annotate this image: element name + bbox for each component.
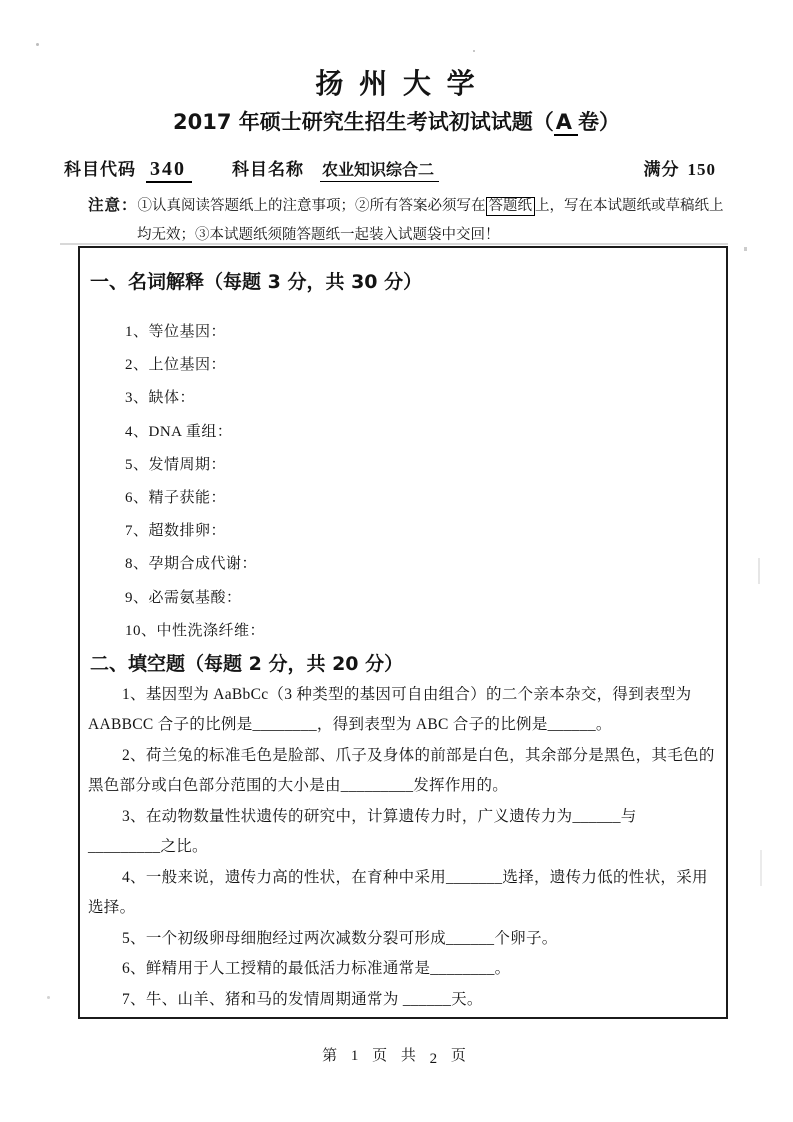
- term-item-7: 7、超数排卵：: [125, 515, 716, 548]
- notice-line2: 均无效；③本试题纸须随答题纸一起装入试题袋中交回！: [137, 225, 738, 245]
- exam-paper-variant: A: [554, 110, 578, 136]
- question-line: 选择。: [88, 899, 135, 916]
- scan-artifact: [473, 50, 475, 52]
- page-number-suffix: 页: [451, 1048, 471, 1064]
- term-item-2: 2、上位基因：: [125, 349, 716, 382]
- exam-title: 2017 年硕士研究生招生考试初试试题（A卷）: [0, 106, 793, 136]
- term-item-1: 1、等位基因：: [125, 316, 716, 349]
- term-item-10: 10、中性洗涤纤维：: [125, 615, 716, 648]
- question-line: AABBCC 合子的比例是________，得到表型为 ABC 合子的比例是__…: [88, 716, 612, 733]
- term-item-4: 4、DNA 重组：: [125, 416, 716, 449]
- subject-code-value: 340: [146, 158, 192, 183]
- scan-artifact: [758, 558, 760, 584]
- notice-block: 注意：①认真阅读答题纸上的注意事项；②所有答案必须写在答题纸上，写在本试题纸或草…: [88, 196, 738, 245]
- question-line: 4、一般来说，遗传力高的性状，在育种中采用_______选择，遗传力低的性状，采…: [122, 869, 708, 886]
- section1-heading: 一、名词解释（每题 3 分，共 30 分）: [90, 268, 716, 296]
- section2-heading: 二、填空题（每题 2 分，共 20 分）: [90, 650, 716, 678]
- term-item-5: 5、发情周期：: [125, 449, 716, 482]
- term-item-9: 9、必需氨基酸：: [125, 582, 716, 615]
- university-title: 扬 州 大 学: [0, 62, 793, 102]
- term-definition-list: 1、等位基因： 2、上位基因： 3、缺体： 4、DNA 重组： 5、发情周期： …: [88, 316, 716, 648]
- blank-question-3: 3、在动物数量性状遗传的研究中，计算遗传力时，广义遗传力为______与____…: [88, 802, 716, 863]
- notice-line1-part1: ①认真阅读答题纸上的注意事项；②所有答案必须写在: [138, 198, 486, 214]
- notice-line1-part2: 上，写在本试题纸或草稿纸上: [535, 198, 724, 214]
- blank-question-2: 2、荷兰兔的标准毛色是脸部、爪子及身体的前部是白色，其余部分是黑色，其毛色的黑色…: [88, 741, 716, 802]
- blank-question-7: 7、牛、山羊、猪和马的发情周期通常为 ______天。: [88, 985, 716, 1016]
- question-line: 1、基因型为 AaBbCc（3 种类型的基因可自由组合）的二个亲本杂交，得到表型…: [122, 686, 691, 703]
- exam-title-suffix: 卷）: [578, 110, 620, 134]
- question-line: _________之比。: [88, 838, 208, 855]
- question-line: 5、一个初级卵母细胞经过两次减数分裂可形成______个卵子。: [122, 930, 558, 947]
- full-score: 满分150: [644, 155, 717, 180]
- full-score-value: 150: [688, 160, 717, 179]
- fill-in-blank-list: 1、基因型为 AaBbCc（3 种类型的基因可自由组合）的二个亲本杂交，得到表型…: [88, 680, 716, 1016]
- notice-boxed-term: 答题纸: [486, 197, 536, 216]
- question-line: 3、在动物数量性状遗传的研究中，计算遗传力时，广义遗传力为______与: [122, 808, 637, 825]
- page-number-text: 第 1 页 共: [322, 1048, 421, 1064]
- term-item-6: 6、精子获能：: [125, 482, 716, 515]
- blank-question-4: 4、一般来说，遗传力高的性状，在育种中采用_______选择，遗传力低的性状，采…: [88, 863, 716, 924]
- question-line: 2、荷兰兔的标准毛色是脸部、爪子及身体的前部是白色，其余部分是黑色，其毛色的: [122, 747, 715, 764]
- question-area-border-box: 一、名词解释（每题 3 分，共 30 分） 1、等位基因： 2、上位基因： 3、…: [78, 246, 728, 1019]
- term-item-3: 3、缺体：: [125, 382, 716, 415]
- scan-artifact: [47, 996, 50, 999]
- scan-artifact: [744, 247, 747, 251]
- page-footer: 第 1 页 共 2 页: [0, 1044, 793, 1065]
- subject-name-value: 农业知识综合二: [320, 157, 439, 182]
- scan-artifact: [60, 243, 728, 245]
- subject-info-row: 科目代码 340 科目名称 农业知识综合二 满分150: [64, 155, 732, 183]
- question-line: 黑色部分或白色部分范围的大小是由_________发挥作用的。: [88, 777, 508, 794]
- subject-name-label: 科目名称: [232, 155, 304, 180]
- question-line: 6、鲜精用于人工授精的最低活力标准通常是________。: [122, 960, 510, 977]
- question-line: 7、牛、山羊、猪和马的发情周期通常为 ______天。: [122, 991, 483, 1008]
- page-total-number: 2: [430, 1051, 443, 1068]
- subject-code-label: 科目代码: [64, 155, 136, 180]
- blank-question-5: 5、一个初级卵母细胞经过两次减数分裂可形成______个卵子。: [88, 924, 716, 955]
- exam-title-prefix: 2017 年硕士研究生招生考试初试试题（: [173, 110, 554, 134]
- notice-label: 注意：: [88, 197, 138, 214]
- blank-question-1: 1、基因型为 AaBbCc（3 种类型的基因可自由组合）的二个亲本杂交，得到表型…: [88, 680, 716, 741]
- term-item-8: 8、孕期合成代谢：: [125, 548, 716, 581]
- blank-question-6: 6、鲜精用于人工授精的最低活力标准通常是________。: [88, 954, 716, 985]
- full-score-label: 满分: [644, 160, 680, 180]
- scan-artifact: [36, 43, 39, 46]
- scan-artifact: [760, 850, 762, 886]
